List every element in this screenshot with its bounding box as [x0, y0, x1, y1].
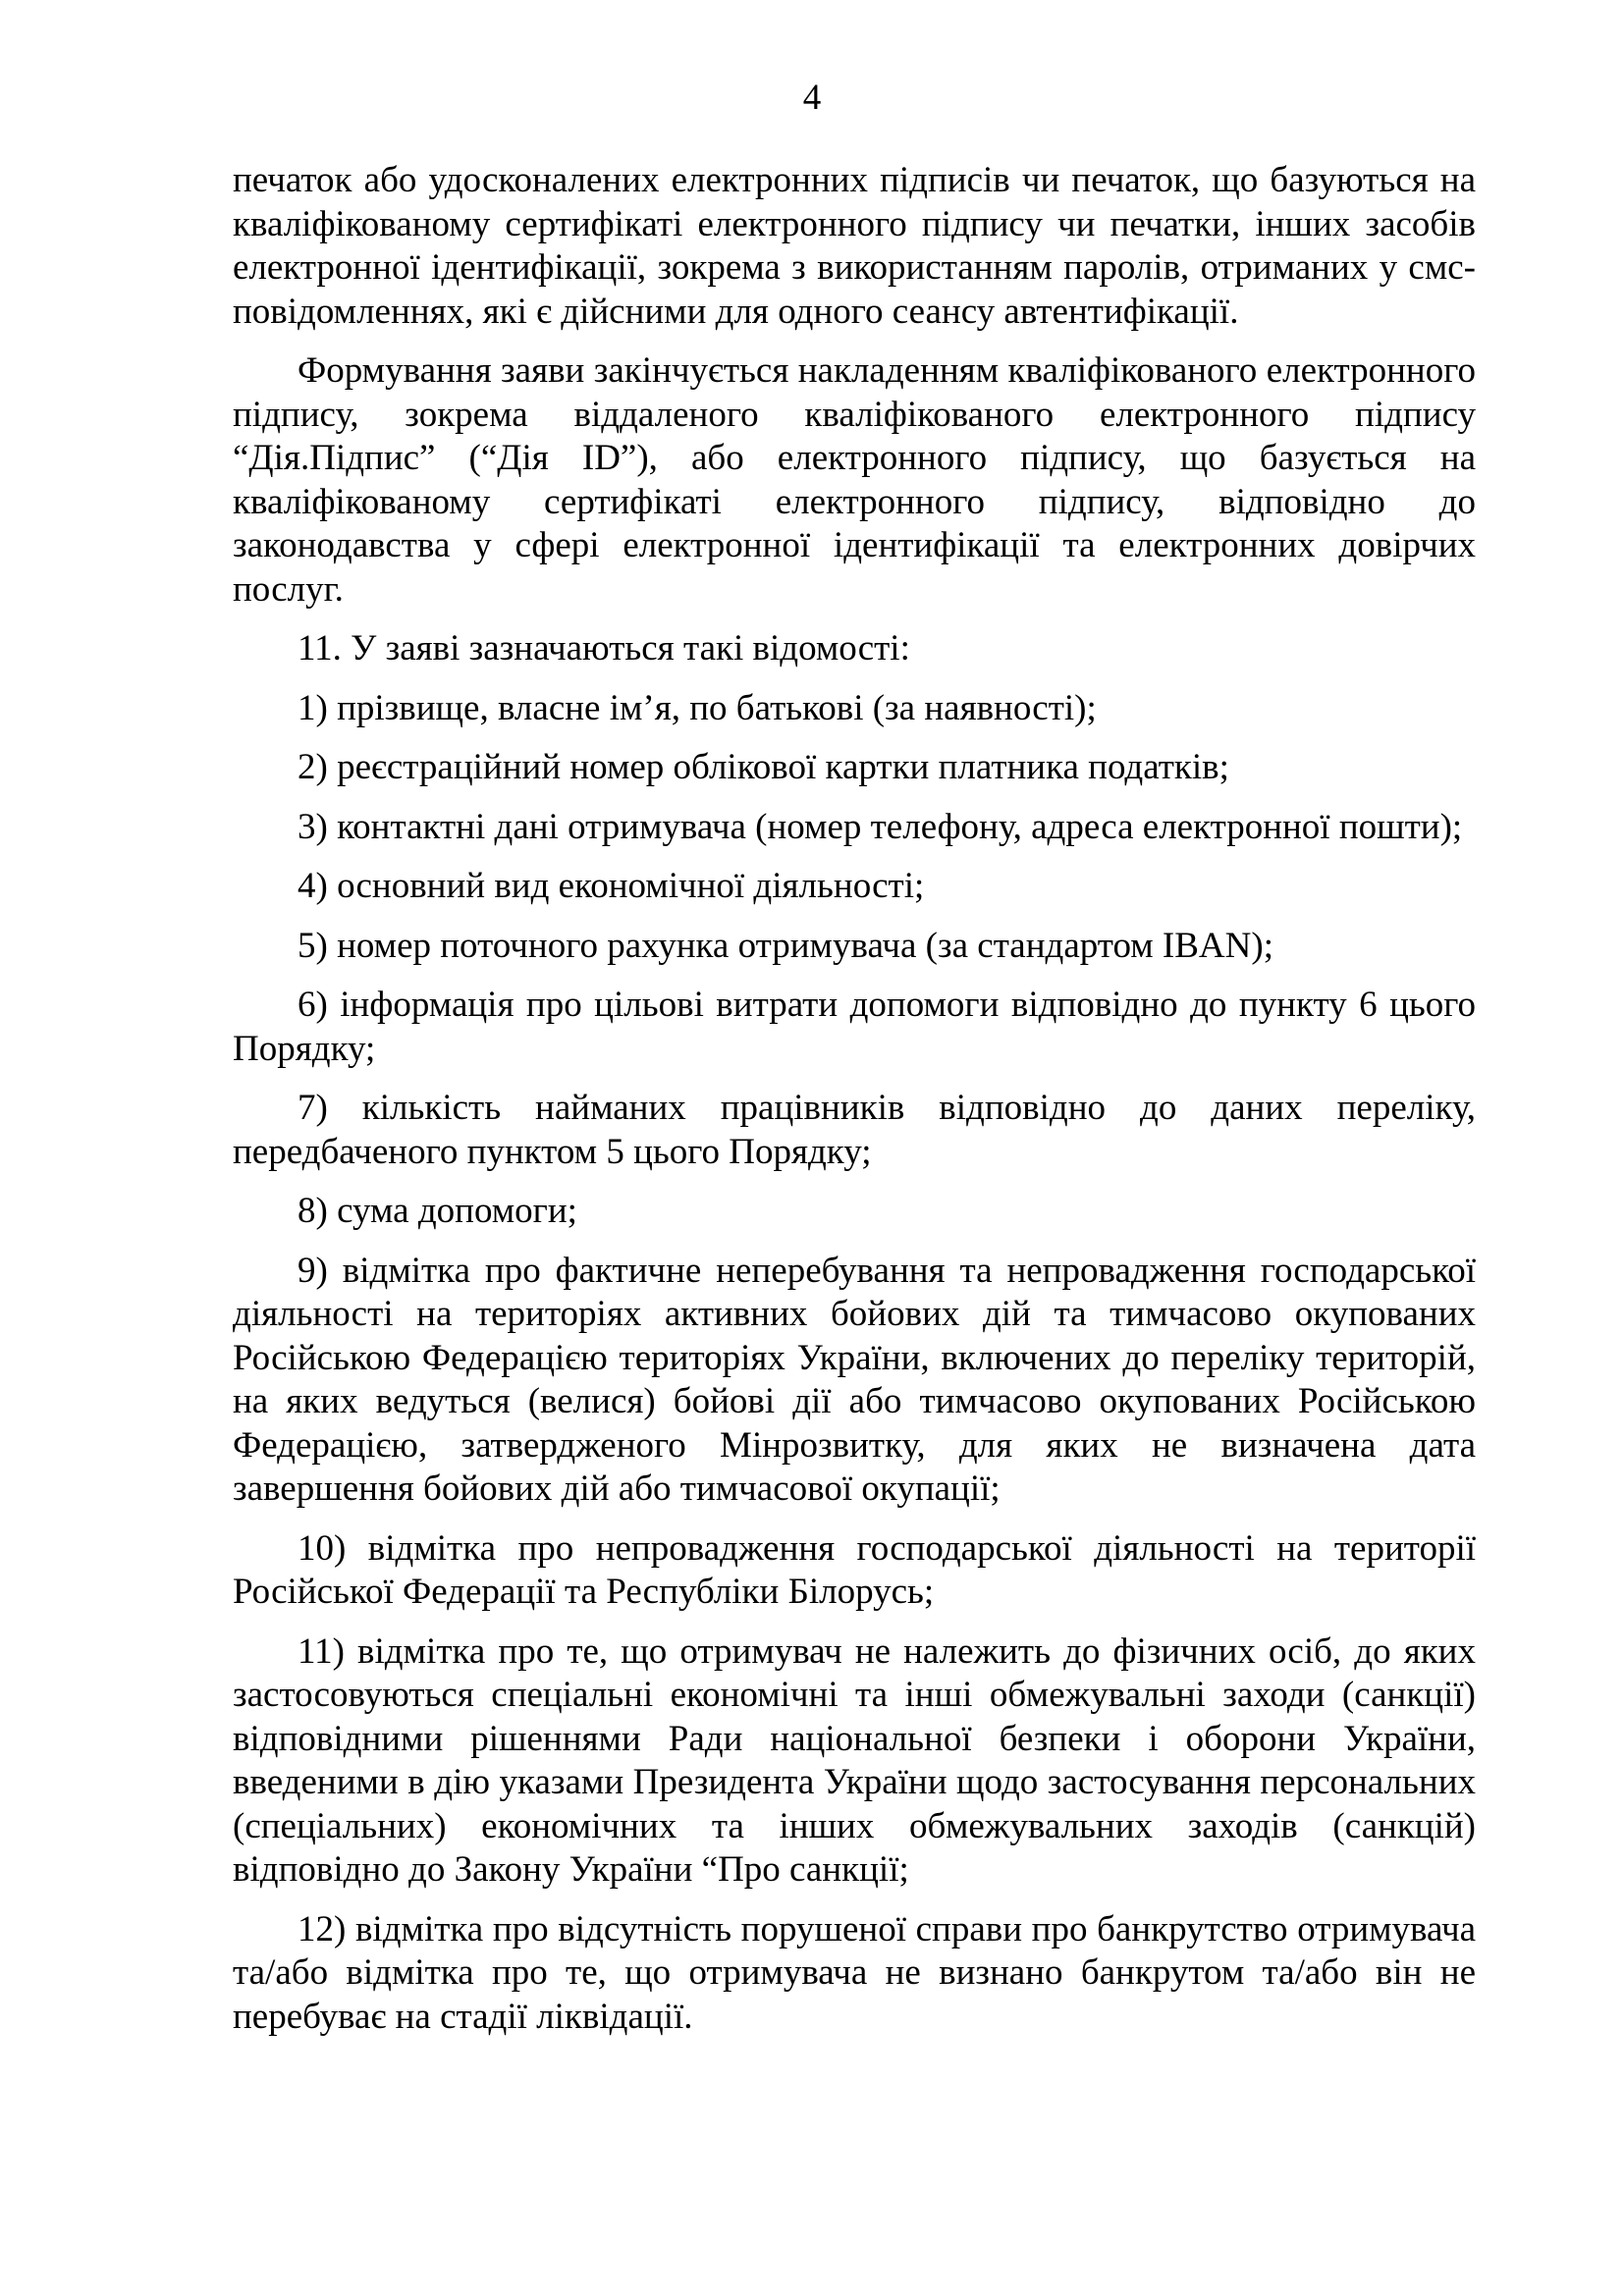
- paragraph-continuation-signatures: печаток або удосконалених електронних пі…: [233, 159, 1476, 334]
- list-item-5-iban: 5) номер поточного рахунка отримувача (з…: [233, 925, 1476, 969]
- page-number: 4: [0, 77, 1624, 120]
- paragraph-clause-11-heading: 11. У заяві зазначаються такі відомості:: [233, 627, 1476, 671]
- list-item-2-tax-number: 2) реєстраційний номер облікової картки …: [233, 746, 1476, 790]
- list-item-10-russia-belarus: 10) відмітка про непровадження господарс…: [233, 1527, 1476, 1615]
- list-item-11-sanctions: 11) відмітка про те, що отримувач не нал…: [233, 1630, 1476, 1893]
- paragraph-application-signing: Формування заяви закінчується накладення…: [233, 349, 1476, 612]
- list-item-7-employees-count: 7) кількість найманих працівників відпов…: [233, 1087, 1476, 1174]
- list-item-12-bankruptcy: 12) відмітка про відсутність порушеної с…: [233, 1908, 1476, 2040]
- list-item-1-full-name: 1) прізвище, власне ім’я, по батькові (з…: [233, 687, 1476, 731]
- list-item-4-economic-activity: 4) основний вид економічної діяльності;: [233, 865, 1476, 909]
- document-body: печаток або удосконалених електронних пі…: [233, 159, 1476, 2055]
- list-item-9-occupied-territories: 9) відмітка про фактичне неперебування т…: [233, 1250, 1476, 1512]
- list-item-3-contact-data: 3) контактні дані отримувача (номер теле…: [233, 806, 1476, 850]
- list-item-6-target-expenses: 6) інформація про цільові витрати допомо…: [233, 984, 1476, 1071]
- list-item-8-aid-amount: 8) сума допомоги;: [233, 1190, 1476, 1234]
